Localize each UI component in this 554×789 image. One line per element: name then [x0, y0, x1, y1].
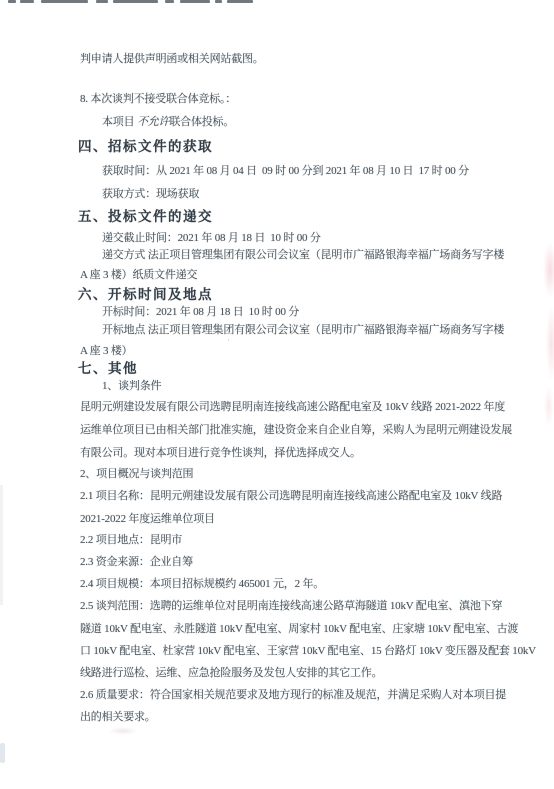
cut-segment	[8, 0, 16, 3]
section-4-obtain-time-line: 获取时间：从 2021 年 08 月 04 日 09 时 00 分到 2021 …	[102, 162, 469, 178]
left-edge-mark-artifact	[0, 743, 5, 763]
section-6-heading: 六、开标时间及地点	[78, 283, 213, 303]
clause-8-note-line: 本项目 不允许联合体投标。	[102, 113, 234, 129]
cut-segment	[20, 0, 34, 3]
cut-segment	[96, 0, 108, 3]
funding-source-line: 2.3 资金来源：企业自筹	[80, 553, 193, 569]
negotiation-conditions-line-3: 有限公司。现对本项目进行竞争性谈判，择优选择成交人。	[80, 444, 361, 460]
continued-paragraph-line: 判申请人提供声明函或相关网站截图。	[80, 50, 264, 66]
section-7-heading: 七、其他	[78, 357, 138, 377]
scanned-document-page: 判申请人提供声明函或相关网站截图。 8. 本次谈判不接受联合体竞标。： 本项目 …	[0, 0, 554, 789]
negotiation-scope-line-1: 2.5 谈判范围：选聘的运维单位对昆明南连接线高速公路草海隧道 10kV 配电室…	[80, 597, 502, 613]
negotiation-scope-line-4: 线路进行巡检、运维、应急抢险服务及发包人安排的其它工作。	[80, 664, 382, 680]
right-edge-pink-smudge-artifact	[528, 228, 554, 438]
section-6-open-place-line-1: 开标地点 法正项目管理集团有限公司会议室（昆明市广福路银海幸福广场商务写字楼	[102, 321, 504, 337]
negotiation-scope-line-3: 口 10kV 配电室、杜家营 10kV 配电室、王家营 10kV 配电室、15 …	[80, 642, 536, 658]
left-edge-shadow-artifact	[0, 485, 3, 605]
quality-requirement-line-1: 2.6 质量要求：符合国家相关规范要求及地方现行的标准及规范，并满足采购人对本项…	[80, 686, 506, 702]
section-7-sub-1-title: 1、谈判条件	[102, 377, 161, 393]
note-suffix: 联合体投标。	[169, 116, 234, 128]
cut-segment	[215, 0, 222, 3]
cut-segment	[227, 0, 253, 3]
section-5-method-line-1: 递交方式 法正项目管理集团有限公司会议室（昆明市广福路银海幸福广场商务写字楼	[102, 246, 504, 262]
negotiation-scope-line-2: 隧道 10kV 配电室、永胜隧道 10kV 配电室、周家村 10kV 配电室、庄…	[80, 620, 518, 636]
cut-segment	[41, 0, 88, 3]
project-scale-line: 2.4 项目规模：本项目招标规模约 465001 元，2 年。	[80, 575, 324, 591]
section-5-method-line-2: A 座 3 楼）纸质文件递交	[80, 266, 197, 282]
section-5-heading: 五、投标文件的递交	[78, 205, 213, 225]
section-6-open-time-line: 开标时间：2021 年 08 月 18 日 10 时 00 分	[102, 303, 299, 319]
cut-segment	[113, 0, 158, 3]
project-location-line: 2.2 项目地点：昆明市	[80, 531, 182, 547]
cut-segment	[180, 0, 210, 3]
note-prefix: 本项目	[102, 116, 137, 128]
section-4-heading: 四、招标文件的获取	[78, 135, 213, 155]
project-name-line-1: 2.1 项目名称：昆明元朔建设发展有限公司选聘昆明南连接线高速公路配电室及 10…	[80, 487, 502, 503]
section-6-open-place-line-2: A 座 3 楼）	[80, 342, 133, 358]
clause-8-line: 8. 本次谈判不接受联合体竞标。：	[80, 90, 236, 106]
section-5-deadline-line: 递交截止时间：2021 年 08 月 18 日 10 时 00 分	[102, 229, 321, 245]
negotiation-conditions-line-2: 运维单位项目已由相关部门批准实施，建设资金来自企业自筹，采购人为昆明元朔建设发展	[80, 421, 512, 437]
negotiation-conditions-line-1: 昆明元朔建设发展有限公司选聘昆明南连接线高速公路配电室及 10kV 线路 202…	[80, 398, 505, 414]
project-name-line-2: 2021-2022 年度运维单位项目	[80, 510, 215, 526]
bottom-smudge-artifact	[108, 727, 138, 735]
scan-speck-artifact: ᵗ	[228, 337, 238, 343]
cut-segment	[165, 0, 174, 3]
section-7-sub-2-title: 2、项目概况与谈判范围	[80, 465, 193, 481]
section-4-obtain-method-line: 获取方式：现场获取	[102, 185, 199, 201]
quality-requirement-line-2: 出的相关要求。	[80, 708, 156, 724]
note-italic-emphasis: 不允许	[137, 116, 169, 128]
